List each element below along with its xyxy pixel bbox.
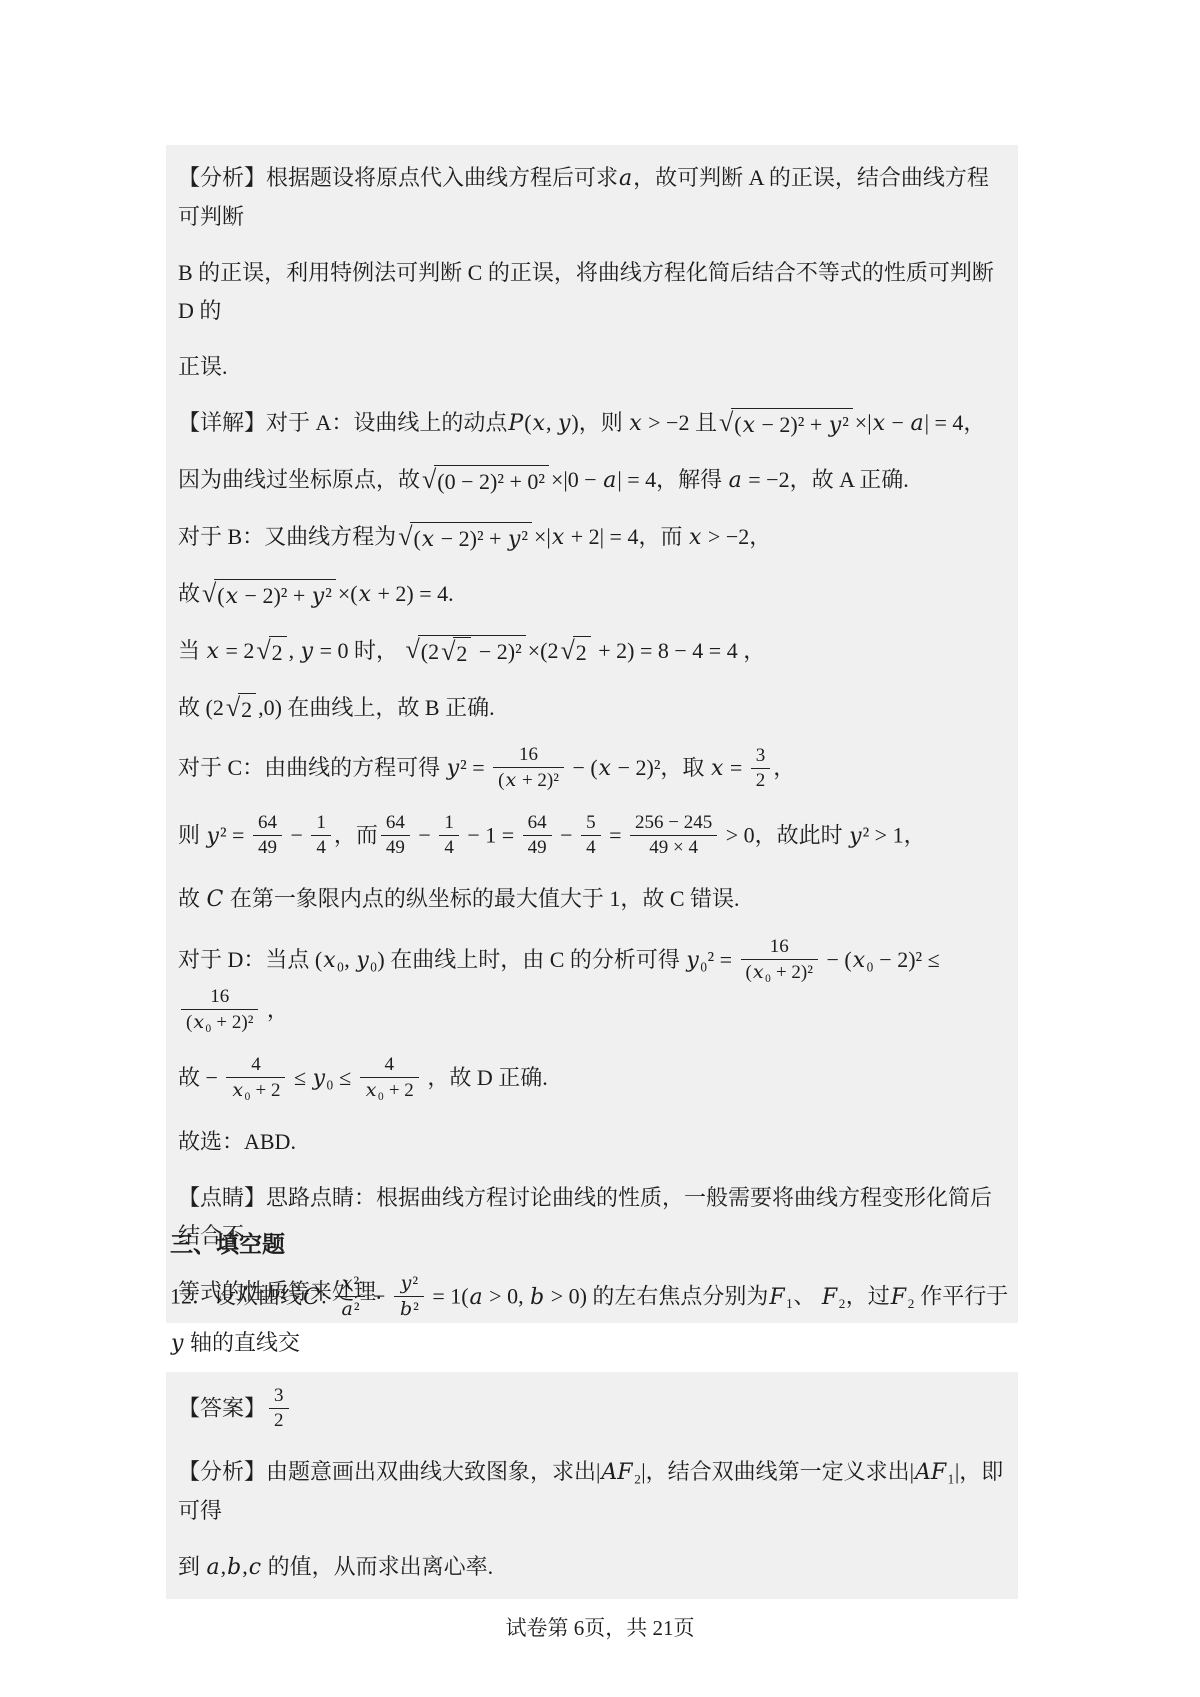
text-run: ² <box>412 1273 418 1294</box>
math-radical: √(x − 2)² + y² <box>398 522 532 554</box>
text-run: ₀ + 2)² <box>205 1012 253 1033</box>
text-run: > −2 且 <box>643 410 717 435</box>
text-run: ,0) 在曲线上，故 B 正确. <box>258 695 495 720</box>
text-run: 4 <box>444 837 454 858</box>
math-variable: x <box>322 948 336 973</box>
text-line: 【分析】根据题设将原点代入曲线方程后可求a，故可判断 A 的正误，结合曲线方程可… <box>178 159 1008 236</box>
text-run: ² <box>842 412 849 437</box>
radical-body: 2 <box>269 636 287 667</box>
math-variable: a <box>728 468 743 493</box>
math-fraction: 4x₀ + 2 <box>360 1053 419 1103</box>
fraction-numerator: 5 <box>581 811 601 835</box>
math-fraction: 32 <box>269 1384 289 1433</box>
text-run: 正误. <box>178 354 228 379</box>
text-run: ₀ + 2 <box>244 1080 280 1101</box>
text-run: 2 <box>756 770 766 791</box>
text-run: 2 <box>274 1410 284 1431</box>
math-fraction: 16(x₀ + 2)² <box>741 935 818 985</box>
math-fraction: 14 <box>311 811 331 860</box>
math-variable: b <box>529 1285 545 1310</box>
text-line: 对于 C：由曲线的方程可得 y² = 16(x + 2)² − (x − 2)²… <box>178 745 1008 795</box>
math-variable: c <box>248 1555 262 1580</box>
text-run: ² <box>354 1273 360 1294</box>
text-line: 【详解】对于 A：设曲线上的动点P(x, y)，则 x > −2 且√(x − … <box>178 404 1008 443</box>
math-radical: √2 <box>256 636 286 667</box>
text-run: 故 − <box>178 1065 223 1090</box>
fraction-numerator: 16 <box>493 743 564 767</box>
text-line: 则 y² = 6449 − 14，而6449 − 14 − 1 = 6449 −… <box>178 813 1008 862</box>
radical-body: (2√2 − 2)² <box>418 635 526 669</box>
radical-body: 2 <box>238 693 256 724</box>
fraction-denominator: a² <box>335 1296 364 1322</box>
math-fraction: 16(x + 2)² <box>493 743 564 793</box>
math-variable: x <box>206 639 220 664</box>
text-run: 3 <box>274 1385 284 1406</box>
math-variable: F <box>821 1285 838 1310</box>
radical-body: 2 <box>573 636 591 667</box>
radical-body: 2 <box>453 637 471 668</box>
math-radical: √(0 − 2)² + 0² <box>422 465 549 496</box>
text-run: , <box>546 410 557 435</box>
text-run: ² <box>354 1299 360 1320</box>
page-footer: 试卷第 6页，共 21页 <box>0 1612 1200 1642</box>
math-variable: a <box>909 411 924 436</box>
text-run: 64 <box>258 812 277 833</box>
math-variable: x <box>852 948 866 973</box>
text-line: 到 a,b,c 的值，从而求出离心率. <box>178 1548 1008 1587</box>
text-run: ( <box>524 410 531 435</box>
text-run: 则 <box>178 823 206 848</box>
fraction-denominator: 49 <box>253 835 282 860</box>
text-run: 轴的直线交 <box>184 1330 300 1355</box>
text-run: ( <box>217 583 224 608</box>
math-variable: x <box>421 527 435 552</box>
text-run: 【答案】 <box>178 1396 266 1421</box>
math-variable: AF <box>600 1460 633 1485</box>
text-run: 的值，从而求出离心率. <box>262 1554 493 1579</box>
math-variable: x <box>365 1079 378 1101</box>
math-variable: x <box>532 411 546 436</box>
fraction-denominator: x₀ + 2 <box>226 1077 285 1103</box>
math-fraction: 6449 <box>523 811 552 860</box>
math-variable: y <box>828 413 842 438</box>
text-run: ( <box>746 962 752 983</box>
text-run: ₀² = <box>700 947 738 972</box>
math-variable: F <box>890 1285 907 1310</box>
text-run: ₀ + 2 <box>377 1080 413 1101</box>
text-run: 2 <box>241 697 252 722</box>
math-variable: a <box>618 166 633 191</box>
text-run: 49 <box>258 837 277 858</box>
fraction-numerator: y² <box>394 1271 424 1296</box>
fraction-numerator: 1 <box>439 811 459 835</box>
text-run: 【分析】根据题设将原点代入曲线方程后可求 <box>178 165 618 190</box>
radical-body: (x − 2)² + y² <box>410 522 532 554</box>
text-run: )，则 <box>571 410 628 435</box>
text-run: 64 <box>528 812 547 833</box>
fraction-denominator: (x₀ + 2)² <box>741 959 818 985</box>
math-variable: y <box>206 824 220 849</box>
math-radical: √(2√2 − 2)² <box>406 635 526 669</box>
fraction-numerator: 3 <box>269 1384 289 1408</box>
text-run: ² <box>413 1299 419 1320</box>
math-fraction: y²b² <box>394 1271 424 1322</box>
math-variable: x <box>225 584 239 609</box>
text-run: ×|0 − <box>551 467 602 492</box>
text-run: , <box>289 638 300 663</box>
text-run: 49 <box>386 837 405 858</box>
math-variable: y <box>311 584 325 609</box>
text-run: 2 <box>272 640 283 665</box>
text-run: ( <box>734 412 741 437</box>
fraction-numerator: 64 <box>253 811 282 835</box>
text-run: = 2 <box>220 638 254 663</box>
answer-block-q12: 【答案】32【分析】由题意画出双曲线大致图象，求出|AF₂|，结合双曲线第一定义… <box>166 1372 1018 1599</box>
text-run: ， <box>261 997 289 1022</box>
math-variable: a <box>206 1555 221 1580</box>
math-variable: y <box>170 1331 184 1356</box>
math-variable: a <box>602 468 617 493</box>
text-run: ² = <box>220 823 250 848</box>
math-variable: C <box>206 887 225 912</box>
text-run: 5 <box>586 812 596 833</box>
text-run: 16 <box>519 744 538 765</box>
text-run: − <box>555 823 578 848</box>
text-run: | = 4， <box>925 410 986 435</box>
text-line: 故 (2√2,0) 在曲线上，故 B 正确. <box>178 689 1008 727</box>
text-run: ， <box>773 755 795 780</box>
text-run: ( <box>413 526 420 551</box>
text-line: 12．设双曲线C: x²a² − y²b² = 1(a > 0, b > 0) … <box>170 1273 1018 1363</box>
text-run: 2 <box>576 640 587 665</box>
text-run: 【详解】对于 A：设曲线上的动点 <box>178 410 507 435</box>
math-fraction: 4x₀ + 2 <box>226 1053 285 1103</box>
radical-body: (x − 2)² + y² <box>214 579 336 611</box>
solution-block-q11: 【分析】根据题设将原点代入曲线方程后可求a，故可判断 A 的正误，结合曲线方程可… <box>166 145 1018 1323</box>
math-radical: √2 <box>560 636 590 667</box>
text-run: > 0) 的左右焦点分别为 <box>545 1284 768 1309</box>
math-fraction: 256 − 24549 × 4 <box>630 811 717 860</box>
text-run: − 2)² + <box>239 583 311 608</box>
fraction-denominator: 49 <box>523 835 552 860</box>
text-run: 在第一象限内点的纵坐标的最大值大于 1，故 C 错误. <box>224 886 739 911</box>
text-run: − <box>886 410 909 435</box>
math-variable: b <box>399 1298 413 1320</box>
text-run: ×(2 <box>528 638 559 663</box>
math-variable: y <box>400 1272 413 1294</box>
text-run: − <box>285 823 308 848</box>
text-run: 故选：ABD. <box>178 1129 296 1154</box>
text-run: ₀ ≤ <box>326 1065 357 1090</box>
math-fraction: 32 <box>751 744 771 793</box>
math-variable: x <box>192 1011 205 1033</box>
math-variable: x <box>710 756 724 781</box>
text-line: 故选：ABD. <box>178 1123 1008 1161</box>
fraction-denominator: b² <box>394 1296 424 1322</box>
text-run: ，而 <box>334 823 378 848</box>
math-radical: √(x − 2)² + y² <box>719 408 853 440</box>
text-line: 正误. <box>178 348 1008 386</box>
text-run: − ( <box>567 755 598 780</box>
text-line: 当 x = 2√2, y = 0 时， √(2√2 − 2)²×(2√2 + 2… <box>178 632 1008 671</box>
fraction-denominator: (x + 2)² <box>493 767 564 793</box>
math-fraction: 6449 <box>253 811 282 860</box>
text-run: − 1 = <box>462 823 520 848</box>
text-run: ₀ + 2)² <box>765 962 813 983</box>
text-line: 对于 B：又曲线方程为√(x − 2)² + y²×|x + 2| = 4，而 … <box>178 518 1008 557</box>
text-line: 故√(x − 2)² + y²×(x + 2) = 4. <box>178 575 1008 614</box>
text-line: 故 C 在第一象限内点的纵坐标的最大值大于 1，故 C 错误. <box>178 880 1008 919</box>
math-variable: x <box>358 582 372 607</box>
text-run: − 2)² <box>473 639 521 664</box>
math-radical: √2 <box>441 637 471 668</box>
radical-body: (x − 2)² + y² <box>731 408 853 440</box>
text-run: ² > 1， <box>863 823 926 848</box>
text-line: B 的正误，利用特例法可判断 C 的正误，将曲线方程化简后结合不等式的性质可判断… <box>178 254 1008 330</box>
math-variable: x <box>628 411 642 436</box>
text-run: ₀) 在曲线上时，由 C 的分析可得 <box>370 947 686 972</box>
text-run: 256 − 245 <box>635 812 712 833</box>
text-run: = −2，故 A 正确. <box>743 467 909 492</box>
text-run: 12．设双曲线 <box>170 1284 302 1309</box>
math-variable: a <box>469 1285 484 1310</box>
fraction-denominator: 49 <box>381 835 410 860</box>
text-run: 64 <box>386 812 405 833</box>
fraction-denominator: 4 <box>581 835 601 860</box>
math-variable: x <box>752 961 765 983</box>
fraction-numerator: 16 <box>741 935 818 959</box>
math-variable: y <box>557 411 571 436</box>
text-run: 当 <box>178 638 206 663</box>
text-run: 故 <box>178 886 206 911</box>
text-run: ₁、 <box>786 1284 821 1309</box>
text-run: ² <box>325 583 332 608</box>
text-run: 16 <box>770 936 789 957</box>
fraction-numerator: 16 <box>181 985 258 1009</box>
math-variable: y <box>685 948 699 973</box>
page-number-text: 试卷第 6页，共 21页 <box>506 1616 695 1640</box>
text-run: ² <box>521 526 528 551</box>
text-run: 故 <box>178 581 200 606</box>
text-run: (2 <box>421 639 439 664</box>
fraction-denominator: 2 <box>269 1408 289 1433</box>
section-header: 三、填空题 <box>170 1226 1018 1259</box>
math-variable: x <box>504 769 517 791</box>
fraction-denominator: (x₀ + 2)² <box>181 1009 258 1035</box>
math-variable: y <box>300 639 314 664</box>
text-run: > −2， <box>702 524 771 549</box>
text-run: 3 <box>756 745 766 766</box>
math-radical: √(x − 2)² + y² <box>202 579 336 611</box>
text-run: , <box>242 1554 248 1579</box>
text-run: − ( <box>821 947 852 972</box>
text-line: 对于 D：当点 (x₀, y₀) 在曲线上时，由 C 的分析可得 y₀² = 1… <box>178 937 1008 1037</box>
text-line: 故 − 4x₀ + 2 ≤ y₀ ≤ 4x₀ + 2 ，故 D 正确. <box>178 1055 1008 1105</box>
fraction-denominator: x₀ + 2 <box>360 1077 419 1103</box>
text-run: 4 <box>316 837 326 858</box>
text-run: − 2)² + <box>756 412 828 437</box>
text-run: B 的正误，利用特例法可判断 C 的正误，将曲线方程化简后结合不等式的性质可判断… <box>178 260 994 323</box>
math-variable: y <box>446 756 460 781</box>
text-run: + 2) = 4. <box>372 581 454 606</box>
math-variable: y <box>848 824 862 849</box>
text-run: ，故 D 正确. <box>422 1065 548 1090</box>
text-run: > 0，故此时 <box>720 823 848 848</box>
text-run: 对于 D：当点 ( <box>178 947 322 972</box>
math-variable: y <box>312 1066 326 1091</box>
text-run: − <box>413 823 436 848</box>
math-radical: √2 <box>226 693 256 724</box>
text-run: 1 <box>316 812 326 833</box>
text-line: 【分析】由题意画出双曲线大致图象，求出|AF₂|，结合双曲线第一定义求出|AF₁… <box>178 1453 1008 1530</box>
math-variable: x <box>872 411 886 436</box>
fraction-denominator: 4 <box>311 835 331 860</box>
text-run: + 2) = 8 − 4 = 4 ， <box>593 638 765 663</box>
fraction-numerator: 3 <box>751 744 771 768</box>
text-run: | = 4，解得 <box>617 467 727 492</box>
fraction-numerator: 4 <box>226 1053 285 1077</box>
math-variable: F <box>768 1285 785 1310</box>
math-variable: x <box>598 756 612 781</box>
text-run: 因为曲线过坐标原点，故 <box>178 467 420 492</box>
math-fraction: 14 <box>439 811 459 860</box>
fraction-numerator: 64 <box>523 811 552 835</box>
math-variable: P <box>507 411 524 436</box>
text-run: 4 <box>385 1054 395 1075</box>
text-run: = <box>604 823 627 848</box>
text-run: > 0, <box>484 1284 529 1309</box>
math-variable: x <box>742 413 756 438</box>
text-run: 【分析】由题意画出双曲线大致图象，求出| <box>178 1459 600 1484</box>
math-variable: x <box>341 1272 354 1294</box>
fraction-numerator: x² <box>335 1271 364 1296</box>
fraction-denominator: 49 × 4 <box>630 835 717 860</box>
text-run: ₀ − 2)² ≤ <box>866 947 940 972</box>
text-run: 4 <box>251 1054 261 1075</box>
text-run: 对于 B：又曲线方程为 <box>178 524 396 549</box>
text-run: = 0 时， <box>314 638 403 663</box>
exam-page: 【分析】根据题设将原点代入曲线方程后可求a，故可判断 A 的正误，结合曲线方程可… <box>0 0 1200 1697</box>
math-variable: x <box>551 525 565 550</box>
text-run: + 2| = 4，而 <box>565 524 688 549</box>
text-run: − 2)² + <box>435 526 507 551</box>
text-run: 49 × 4 <box>649 837 698 858</box>
math-variable: AF <box>914 1460 947 1485</box>
text-run: 到 <box>178 1554 206 1579</box>
fraction-denominator: 2 <box>751 768 771 793</box>
radical-body: (0 − 2)² + 0² <box>434 465 549 496</box>
text-run: 故 (2 <box>178 695 224 720</box>
math-variable: a <box>340 1298 353 1320</box>
math-variable: y <box>507 527 521 552</box>
math-variable: x <box>231 1079 244 1101</box>
text-run: − <box>368 1284 391 1309</box>
text-run: 1 <box>444 812 454 833</box>
text-run: 49 <box>528 837 547 858</box>
text-run: ≤ <box>288 1065 311 1090</box>
text-run: + 2)² <box>517 770 559 791</box>
math-variable: y <box>355 948 369 973</box>
fraction-denominator: 4 <box>439 835 459 860</box>
math-fraction: x²a² <box>335 1271 364 1322</box>
fraction-numerator: 64 <box>381 811 410 835</box>
text-run: ₀, <box>337 947 356 972</box>
text-run: 4 <box>586 837 596 858</box>
text-run: 16 <box>210 986 229 1007</box>
text-run: ×| <box>855 410 872 435</box>
text-run: − 2)²，取 <box>612 755 710 780</box>
text-run: ₂，过 <box>838 1284 890 1309</box>
fraction-numerator: 1 <box>311 811 331 835</box>
text-run: ×( <box>338 581 358 606</box>
math-fraction: 16(x₀ + 2)² <box>181 985 258 1035</box>
text-run: (0 − 2)² + 0² <box>437 469 545 494</box>
text-run: : <box>321 1284 333 1309</box>
math-variable: C <box>302 1285 321 1310</box>
text-run: 2 <box>456 641 467 666</box>
text-run: = 1( <box>427 1284 469 1309</box>
text-run: ² = <box>460 755 490 780</box>
text-line: 【答案】32 <box>178 1386 1008 1435</box>
math-variable: b <box>226 1555 242 1580</box>
math-fraction: 54 <box>581 811 601 860</box>
math-fraction: 6449 <box>381 811 410 860</box>
text-run: = <box>724 755 747 780</box>
text-run: ×| <box>534 524 551 549</box>
math-variable: x <box>688 525 702 550</box>
fraction-numerator: 4 <box>360 1053 419 1077</box>
text-line: 因为曲线过坐标原点，故√(0 − 2)² + 0²×|0 − a| = 4，解得… <box>178 461 1008 500</box>
text-run: ₂ 作平行于 <box>907 1284 1008 1309</box>
text-run: 对于 C：由曲线的方程可得 <box>178 755 446 780</box>
fraction-numerator: 256 − 245 <box>630 811 717 835</box>
text-run: ₂|，结合双曲线第一定义求出| <box>634 1459 914 1484</box>
